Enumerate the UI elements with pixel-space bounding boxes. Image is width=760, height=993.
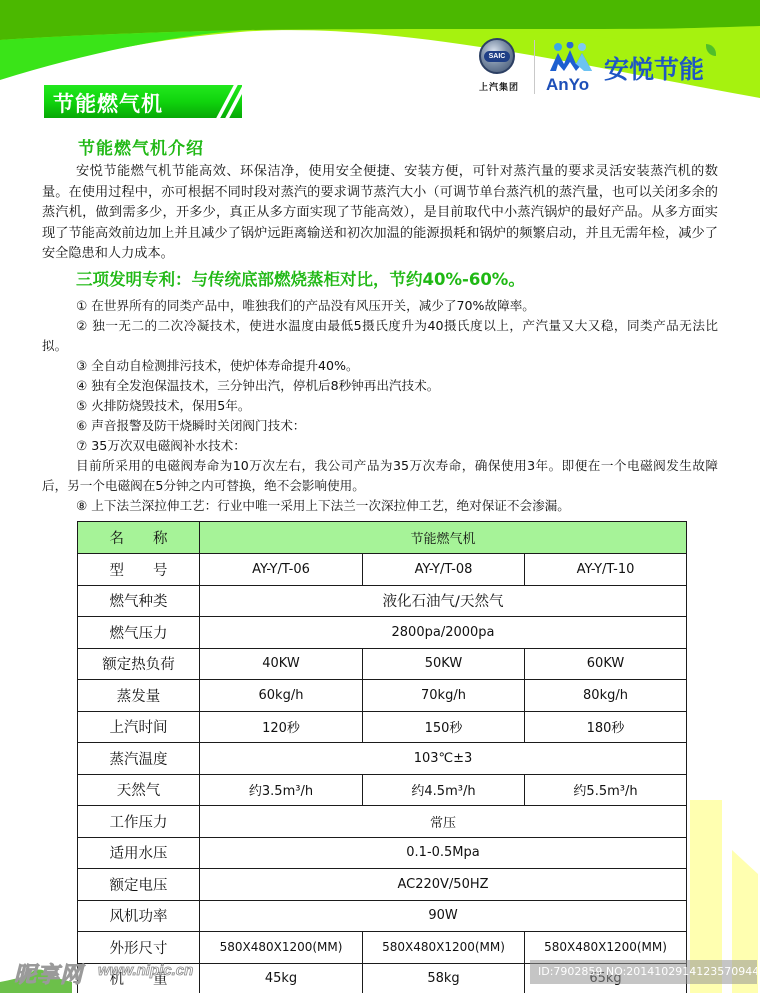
section-banner-title: 节能燃气机 <box>53 88 163 118</box>
row-label: 燃气压力 <box>78 617 200 649</box>
table-row-gas-type: 燃气种类 液化石油气/天然气 <box>78 585 687 617</box>
cell-value: 50KW <box>363 648 525 680</box>
cell-value: AC220V/50HZ <box>200 869 687 901</box>
table-row-water-pressure: 适用水压 0.1-0.5Mpa <box>78 837 687 869</box>
cell-value: 约3.5m³/h <box>200 774 363 806</box>
cell-value: 80kg/h <box>525 680 687 712</box>
cell-value: 60KW <box>525 648 687 680</box>
patents-heading: 三项发明专利：与传统底部燃烧蒸柜对比，节约40%-60%。 <box>76 266 525 290</box>
watermark-id-bar: ID:7902859 NO:20141029141235709446 <box>530 960 757 984</box>
row-label: 上汽时间 <box>78 711 200 743</box>
row-label: 额定电压 <box>78 869 200 901</box>
header-value: 节能燃气机 <box>200 522 687 554</box>
logo-divider <box>534 40 535 94</box>
intro-heading: 节能燃气机介绍 <box>78 134 204 159</box>
saic-badge-text: SAIC <box>484 51 510 62</box>
patent-feature-list: ① 在世界所有的同类产品中，唯独我们的产品没有风压开关，减少了70%故障率。 ②… <box>42 296 718 516</box>
saic-badge-icon: SAIC <box>479 38 515 74</box>
saic-logo: SAIC 上汽集团 <box>474 38 520 96</box>
row-label: 天然气 <box>78 774 200 806</box>
table-header-row: 名 称 节能燃气机 <box>78 522 687 554</box>
row-label: 外形尺寸 <box>78 932 200 964</box>
feature-item: ③ 全自动自检测排污技术，使炉体寿命提升40%。 <box>42 356 718 376</box>
cell-value: AY-Y/T-06 <box>200 554 363 586</box>
table-row-model: 型 号 AY-Y/T-06 AY-Y/T-08 AY-Y/T-10 <box>78 554 687 586</box>
row-label: 适用水压 <box>78 837 200 869</box>
table-row-steam-time: 上汽时间 120秒 150秒 180秒 <box>78 711 687 743</box>
feature-item: ⑦ 35万次双电磁阀补水技术： <box>42 436 718 456</box>
feature-item: ① 在世界所有的同类产品中，唯独我们的产品没有风压开关，减少了70%故障率。 <box>42 296 718 316</box>
watermark-site-url: www.nipic.cn <box>98 962 193 979</box>
cell-value: 45kg <box>200 963 363 993</box>
specs-table: 名 称 节能燃气机 型 号 AY-Y/T-06 AY-Y/T-08 AY-Y/T… <box>77 521 687 993</box>
row-label: 燃气种类 <box>78 585 200 617</box>
table-row-natural-gas: 天然气 约3.5m³/h 约4.5m³/h 约5.5m³/h <box>78 774 687 806</box>
cell-value: 580X480X1200(MM) <box>200 932 363 964</box>
cell-value: 60kg/h <box>200 680 363 712</box>
cell-value: 2800pa/2000pa <box>200 617 687 649</box>
anyo-chinese-name: 安悦节能 <box>604 50 704 86</box>
intro-paragraph: 安悦节能燃气机节能高效、环保洁净，使用安全便捷、安装方便，可针对蒸汽量的要求灵活… <box>42 162 718 265</box>
cell-value: 70kg/h <box>363 680 525 712</box>
row-label: 风机功率 <box>78 900 200 932</box>
feature-item: ⑧ 上下法兰深拉伸工艺：行业中唯一采用上下法兰一次深拉伸工艺，绝对保证不会渗漏。 <box>42 496 718 516</box>
table-row-voltage: 额定电压 AC220V/50HZ <box>78 869 687 901</box>
table-row-evaporation: 蒸发量 60kg/h 70kg/h 80kg/h <box>78 680 687 712</box>
leaf-icon <box>706 44 716 56</box>
anyo-people-icon <box>548 42 596 72</box>
cell-value: 常压 <box>200 806 687 838</box>
table-row-gas-pressure: 燃气压力 2800pa/2000pa <box>78 617 687 649</box>
cell-value: AY-Y/T-08 <box>363 554 525 586</box>
cell-value: 120秒 <box>200 711 363 743</box>
cell-value: 580X480X1200(MM) <box>525 932 687 964</box>
cell-value: 103℃±3 <box>200 743 687 775</box>
table-row-fan-power: 风机功率 90W <box>78 900 687 932</box>
section-banner: 节能燃气机 <box>44 85 242 118</box>
watermark-site-name: 昵享网 <box>14 958 83 989</box>
brand-logos: SAIC 上汽集团 AnYo 安悦节能 <box>470 38 750 96</box>
row-label: 型 号 <box>78 554 200 586</box>
cell-value: 液化石油气/天然气 <box>200 585 687 617</box>
row-label: 额定热负荷 <box>78 648 200 680</box>
header-label: 名 称 <box>78 522 200 554</box>
cell-value: 0.1-0.5Mpa <box>200 837 687 869</box>
feature-item: ⑤ 火排防烧毁技术，保用5年。 <box>42 396 718 416</box>
feature-item: ② 独一无二的二次冷凝技术，使进水温度由最低5摄氏度升为40摄氏度以上，产汽量又… <box>42 316 718 356</box>
table-row-dimensions: 外形尺寸 580X480X1200(MM) 580X480X1200(MM) 5… <box>78 932 687 964</box>
feature-item: ④ 独有全发泡保温技术，三分钟出汽，停机后8秒钟再出汽技术。 <box>42 376 718 396</box>
cell-value: 约5.5m³/h <box>525 774 687 806</box>
row-label: 蒸汽温度 <box>78 743 200 775</box>
cell-value: 90W <box>200 900 687 932</box>
cell-value: 约4.5m³/h <box>363 774 525 806</box>
feature-item: ⑥ 声音报警及防干烧瞬时关闭阀门技术： <box>42 416 718 436</box>
feature-item-detail: 目前所采用的电磁阀寿命为10万次左右，我公司产品为35万次寿命，确保使用3年。即… <box>42 456 718 496</box>
cell-value: 58kg <box>363 963 525 993</box>
table-row-work-pressure: 工作压力 常压 <box>78 806 687 838</box>
saic-chinese-name: 上汽集团 <box>474 80 524 93</box>
cell-value: AY-Y/T-10 <box>525 554 687 586</box>
table-row-steam-temp: 蒸汽温度 103℃±3 <box>78 743 687 775</box>
cell-value: 150秒 <box>363 711 525 743</box>
cell-value: 580X480X1200(MM) <box>363 932 525 964</box>
row-label: 蒸发量 <box>78 680 200 712</box>
table-row-heat-load: 额定热负荷 40KW 50KW 60KW <box>78 648 687 680</box>
cell-value: 180秒 <box>525 711 687 743</box>
cell-value: 40KW <box>200 648 363 680</box>
anyo-wordmark: AnYo <box>546 75 589 95</box>
row-label: 工作压力 <box>78 806 200 838</box>
